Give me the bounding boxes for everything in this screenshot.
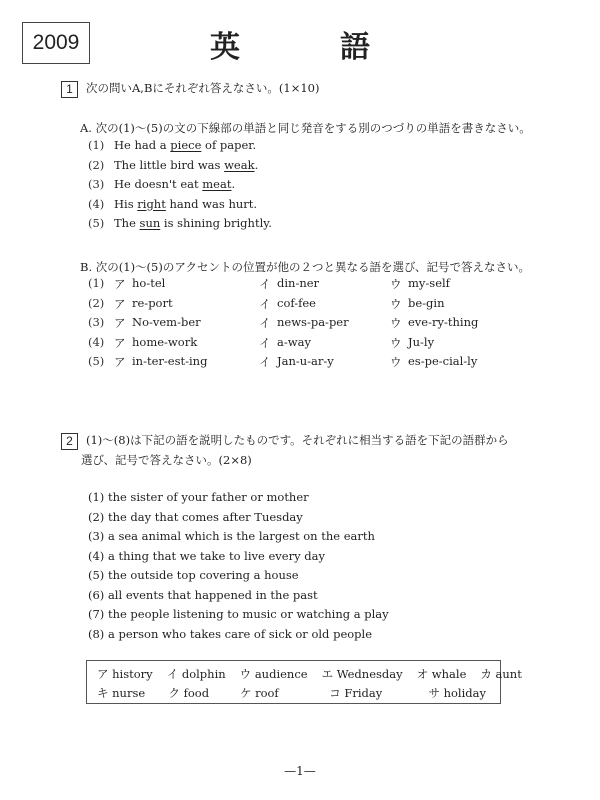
title-char-1: 英 (210, 22, 240, 66)
year-label: 2009 (22, 22, 90, 64)
question-number-box: 1 (61, 81, 78, 98)
question-number-box: 2 (61, 433, 78, 450)
list-item: (8) a person who takes care of sick or o… (88, 627, 389, 647)
question-2-instruction-line2: 選び、記号で答えなさい。(2×8) (61, 450, 509, 470)
question-1-instruction: 次の問いA,Bにそれぞれ答えなさい。(1×10) (86, 81, 319, 95)
word-bank-item: エ Wednesday (322, 666, 403, 685)
list-item: (2) アre-port イcof-fee ウbe-gin (88, 296, 478, 316)
word-bank-item: ア history (97, 666, 153, 685)
option: イdin-ner (259, 276, 390, 296)
word-bank-item: オ whale (417, 666, 467, 685)
list-item: (5)The sun is shining brightly. (88, 216, 272, 236)
list-item: (4) アhome-work イa-way ウJu-ly (88, 335, 478, 355)
list-item: (6) all events that happened in the past (88, 588, 389, 608)
list-item: (5) アin-ter-est-ing イJan-u-ar-y ウes-pe-c… (88, 354, 478, 374)
option: アNo-vem-ber (114, 315, 259, 335)
option: イa-way (259, 335, 390, 355)
word-bank-row: ア history イ dolphin ウ audience エ Wednesd… (97, 666, 500, 685)
list-item: (5) the outside top covering a house (88, 568, 389, 588)
word-bank-item: ク food (168, 685, 225, 704)
option: アin-ter-est-ing (114, 354, 259, 374)
option: イJan-u-ar-y (259, 354, 390, 374)
question-2-instruction-line1: (1)〜(8)は下記の語を説明したものです。それぞれに相当する語を下記の語群から (86, 433, 509, 447)
option: ウJu-ly (390, 335, 434, 355)
part-b-instruction: B. 次の(1)〜(5)のアクセントの位置が他の２つと異なる語を選び、記号で答え… (80, 259, 530, 275)
list-item: (2)The little bird was weak. (88, 158, 272, 178)
word-bank-item: コ Friday (329, 685, 414, 704)
option: アho-tel (114, 276, 259, 296)
list-item: (3) アNo-vem-ber イnews-pa-per ウeve-ry-thi… (88, 315, 478, 335)
underlined-word: sun (140, 216, 161, 236)
word-bank-item: カ aunt (480, 666, 521, 685)
option: ウbe-gin (390, 296, 445, 316)
part-b-list: (1) アho-tel イdin-ner ウmy-self (2) アre-po… (88, 276, 478, 374)
list-item: (1) アho-tel イdin-ner ウmy-self (88, 276, 478, 296)
word-bank-item: イ dolphin (167, 666, 226, 685)
option: ウes-pe-cial-ly (390, 354, 477, 374)
part-a-instruction: A. 次の(1)〜(5)の文の下線部の単語と同じ発音をする別のつづりの単語を書き… (80, 120, 531, 136)
option: イnews-pa-per (259, 315, 390, 335)
page-title: 英 語 (210, 22, 370, 66)
underlined-word: weak (224, 158, 254, 178)
list-item: (7) the people listening to music or wat… (88, 607, 389, 627)
list-item: (1)He had a piece of paper. (88, 138, 272, 158)
word-bank: ア history イ dolphin ウ audience エ Wednesd… (86, 660, 501, 704)
option: イcof-fee (259, 296, 390, 316)
title-char-2: 語 (340, 22, 370, 66)
list-item: (3)He doesn't eat meat. (88, 177, 272, 197)
definition-list: (1) the sister of your father or mother … (88, 490, 389, 646)
option: ウeve-ry-thing (390, 315, 478, 335)
list-item: (1) the sister of your father or mother (88, 490, 389, 510)
word-bank-item: サ holiday (428, 685, 486, 704)
option: アhome-work (114, 335, 259, 355)
word-bank-row: キ nurse ク food ケ roof コ Friday サ holiday (97, 685, 500, 704)
option: ウmy-self (390, 276, 450, 296)
underlined-word: right (137, 197, 166, 217)
list-item: (3) a sea animal which is the largest on… (88, 529, 389, 549)
option: アre-port (114, 296, 259, 316)
list-item: (2) the day that comes after Tuesday (88, 510, 389, 530)
page-number: —1— (0, 764, 600, 778)
word-bank-item: ケ roof (240, 685, 315, 704)
question-2-header: 2(1)〜(8)は下記の語を説明したものです。それぞれに相当する語を下記の語群か… (61, 430, 509, 470)
list-item: (4)His right hand was hurt. (88, 197, 272, 217)
underlined-word: meat (202, 177, 231, 197)
question-1-header: 1次の問いA,Bにそれぞれ答えなさい。(1×10) (61, 80, 319, 98)
list-item: (4) a thing that we take to live every d… (88, 549, 389, 569)
word-bank-item: ウ audience (240, 666, 308, 685)
word-bank-item: キ nurse (97, 685, 154, 704)
part-a-list: (1)He had a piece of paper. (2)The littl… (88, 138, 272, 236)
underlined-word: piece (170, 138, 201, 158)
